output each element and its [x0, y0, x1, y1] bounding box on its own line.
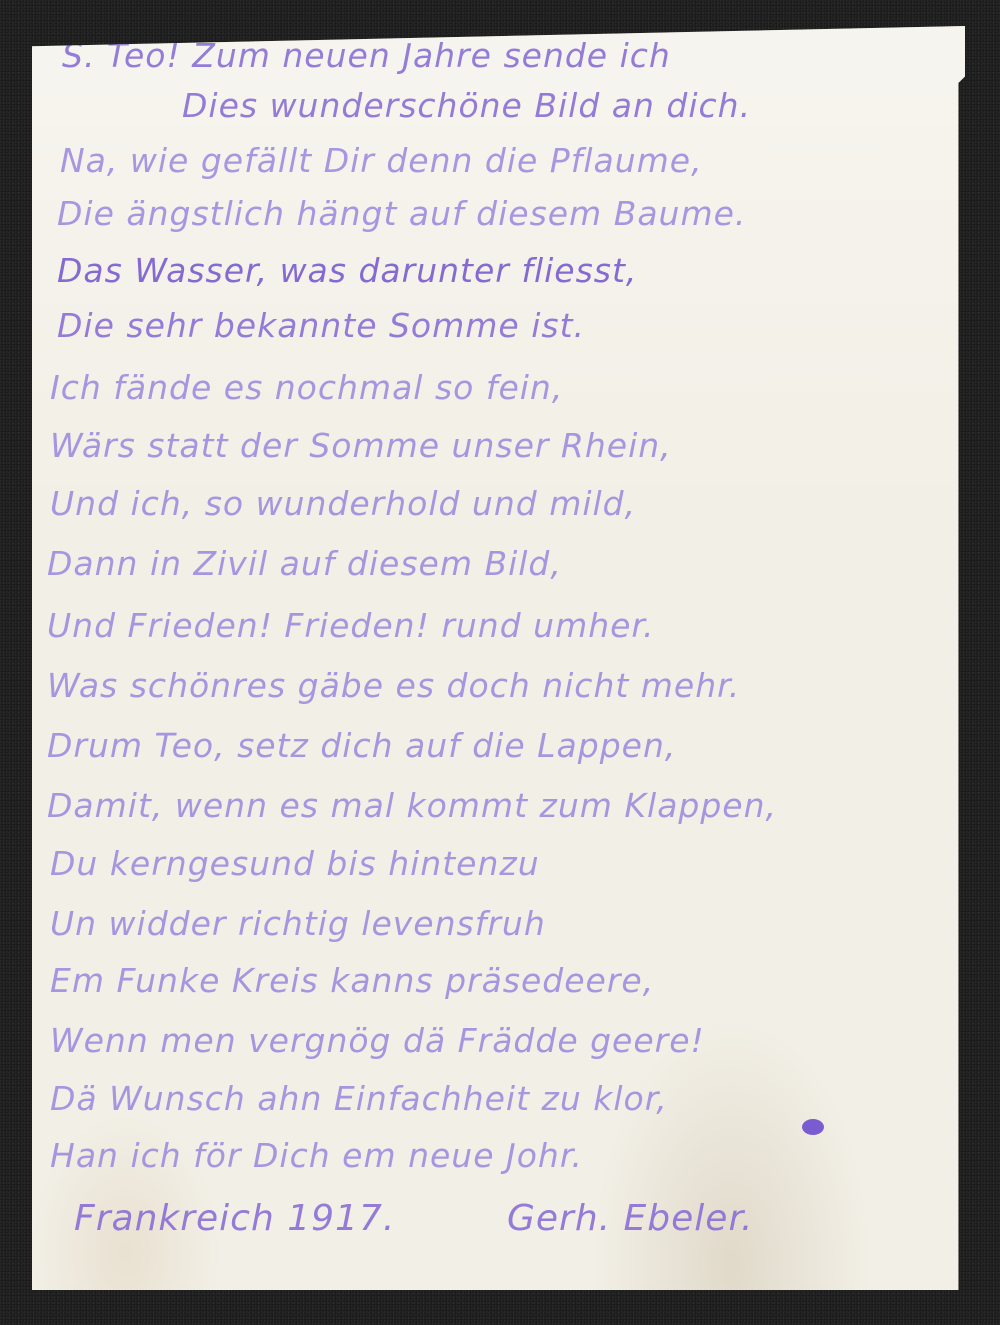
- letter-text: S. Teo! Zum neuen Jahre sende ich Dies w…: [32, 26, 965, 1290]
- poem-line-12: Was schönres gäbe es doch nicht mehr.: [47, 666, 740, 705]
- poem-line-18: Wenn men vergnög dä Frädde geere!: [50, 1021, 705, 1060]
- poem-line-17: Em Funke Kreis kanns präsedeere,: [50, 961, 654, 1000]
- poem-line-13: Drum Teo, setz dich auf die Lappen,: [47, 726, 676, 765]
- poem-line-4: Die ängstlich hängt auf diesem Baume.: [57, 194, 746, 233]
- poem-line-1: S. Teo! Zum neuen Jahre sende ich: [62, 36, 671, 75]
- poem-line-11: Und Frieden! Frieden! rund umher.: [47, 606, 654, 645]
- poem-line-7: Ich fände es nochmal so fein,: [50, 368, 563, 407]
- poem-line-6: Die sehr bekannte Somme ist.: [57, 306, 585, 345]
- poem-line-20: Han ich för Dich em neue Johr.: [50, 1136, 583, 1175]
- poem-line-15: Du kerngesund bis hintenzu: [50, 844, 540, 883]
- poem-line-14: Damit, wenn es mal kommt zum Klappen,: [47, 786, 777, 825]
- poem-line-16: Un widder richtig levensfruh: [50, 904, 546, 943]
- signature-place-date: Frankreich 1917.: [74, 1198, 395, 1239]
- poem-line-3: Na, wie gefällt Dir denn die Pflaume,: [60, 141, 703, 180]
- poem-line-5: Das Wasser, was darunter fliesst,: [57, 251, 637, 290]
- letter-paper: S. Teo! Zum neuen Jahre sende ich Dies w…: [32, 26, 965, 1290]
- ink-blot: [802, 1119, 824, 1135]
- poem-line-19: Dä Wunsch ahn Einfachheit zu klor,: [50, 1079, 668, 1118]
- signature-name: Gerh. Ebeler.: [507, 1198, 753, 1239]
- poem-line-8: Wärs statt der Somme unser Rhein,: [50, 426, 672, 465]
- poem-line-2: Dies wunderschöne Bild an dich.: [182, 86, 751, 125]
- poem-line-9: Und ich, so wunderhold und mild,: [50, 484, 636, 523]
- poem-line-10: Dann in Zivil auf diesem Bild,: [47, 544, 562, 583]
